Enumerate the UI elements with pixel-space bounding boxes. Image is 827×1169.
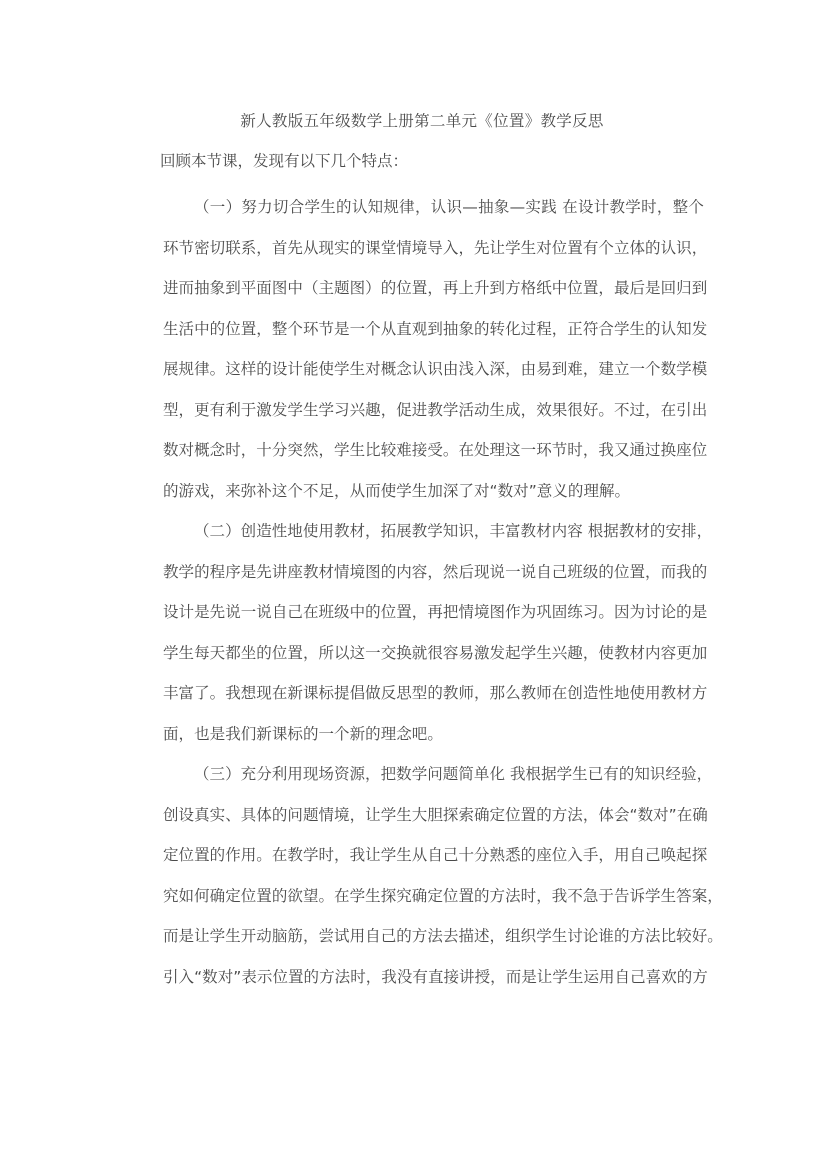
paragraph-line: 生活中的位置，整个环节是一个从直观到抽象的转化过程，正符合学生的认知发 xyxy=(132,309,704,350)
paragraph-line: 学生每天都坐的位置，所以这一交换就很容易激发起学生兴趣，使教材内容更加 xyxy=(132,633,704,674)
paragraph-line: 数对概念时，十分突然，学生比较难接受。在处理这一环节时，我又通过换座位 xyxy=(132,430,704,471)
paragraph-3: （三）充分利用现场资源，把数学问题简单化 我根据学生已有的知识经验， 创设真实、… xyxy=(132,754,704,997)
paragraph-line: 设计是先说一说自己在班级中的位置，再把情境图作为巩固练习。因为讨论的是 xyxy=(132,592,704,633)
intro-line: 回顾本节课，发现有以下几个特点： xyxy=(132,147,704,175)
paragraph-line: 究如何确定位置的欲望。在学生探究确定位置的方法时，我不急于告诉学生答案， xyxy=(132,876,704,917)
paragraph-line: （三）充分利用现场资源，把数学问题简单化 我根据学生已有的知识经验， xyxy=(132,754,704,795)
document-page: 新人教版五年级数学上册第二单元《位置》教学反思 回顾本节课，发现有以下几个特点：… xyxy=(132,107,704,997)
paragraph-line: 的游戏，来弥补这个不足，从而使学生加深了对“数对”意义的理解。 xyxy=(132,471,704,512)
paragraph-2: （二）创造性地使用教材，拓展教学知识，丰富教材内容 根据教材的安排， 教学的程序… xyxy=(132,511,704,754)
paragraph-line: 创设真实、具体的问题情境，让学生大胆探索确定位置的方法，体会“数对”在确 xyxy=(132,795,704,836)
document-title: 新人教版五年级数学上册第二单元《位置》教学反思 xyxy=(132,107,704,135)
paragraph-line: 教学的程序是先讲座教材情境图的内容，然后现说一说自己班级的位置，而我的 xyxy=(132,552,704,593)
paragraph-line: 展规律。这样的设计能使学生对概念认识由浅入深，由易到难，建立一个数学模 xyxy=(132,349,704,390)
paragraph-line: 面，也是我们新课标的一个新的理念吧。 xyxy=(132,714,704,755)
paragraph-line: 环节密切联系，首先从现实的课堂情境导入，先让学生对位置有个立体的认识， xyxy=(132,228,704,269)
paragraph-line: （一）努力切合学生的认知规律，认识—抽象—实践 在设计教学时，整个 xyxy=(132,187,704,228)
paragraph-line: 进而抽象到平面图中（主题图）的位置，再上升到方格纸中位置，最后是回归到 xyxy=(132,268,704,309)
paragraph-line: 定位置的作用。在教学时，我让学生从自己十分熟悉的座位入手，用自己唤起探 xyxy=(132,835,704,876)
paragraph-line: 丰富了。我想现在新课标提倡做反思型的教师，那么教师在创造性地使用教材方 xyxy=(132,673,704,714)
paragraph-line: 而是让学生开动脑筋，尝试用自己的方法去描述，组织学生讨论谁的方法比较好。 xyxy=(132,916,704,957)
paragraph-1: （一）努力切合学生的认知规律，认识—抽象—实践 在设计教学时，整个 环节密切联系… xyxy=(132,187,704,511)
paragraph-line: 型，更有利于激发学生学习兴趣，促进教学活动生成，效果很好。不过，在引出 xyxy=(132,390,704,431)
paragraph-line: （二）创造性地使用教材，拓展教学知识，丰富教材内容 根据教材的安排， xyxy=(132,511,704,552)
paragraph-line: 引入“数对”表示位置的方法时，我没有直接讲授，而是让学生运用自己喜欢的方 xyxy=(132,957,704,998)
